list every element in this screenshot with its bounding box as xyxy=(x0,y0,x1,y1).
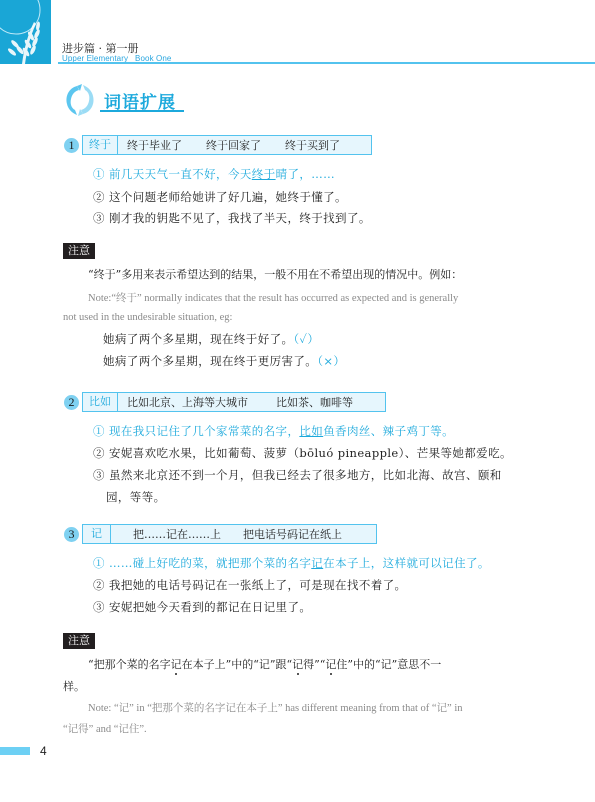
example-phrase: 终于毕业了 xyxy=(118,137,182,153)
highlighted-keyword: 比如 xyxy=(299,424,323,438)
keyword: 终于 xyxy=(83,136,118,154)
sentence-text: 现在我只记住了几个家常菜的名字， xyxy=(105,424,299,438)
sentence-index: ① xyxy=(93,556,105,570)
header-corner-graphic xyxy=(0,0,51,64)
item-number-badge: 1 xyxy=(64,138,79,153)
note-tag: 注意 xyxy=(63,243,95,259)
note-text-en: Note: “记” in “把那个菜的名字记在本子上” has differen… xyxy=(88,700,463,715)
example-sentence: ① ……碰上好吃的菜，就把那个菜的名字记在本子上，这样就可以记住了。 xyxy=(93,555,490,571)
sentence-index: ① xyxy=(93,424,105,438)
note-text-en: “记得” and “记住”. xyxy=(63,721,147,736)
example-sentence-continued: 园，等等。 xyxy=(106,489,166,505)
keyword-box: 记 把……记在……上 把电话号码记在纸上 xyxy=(82,524,377,544)
note-text-segment: 在本子上”中的“记”跟“ xyxy=(182,658,293,671)
sentence-text: 我把她的电话号码记在一张纸上了，可是现在找不着了。 xyxy=(105,578,407,592)
header-divider xyxy=(58,62,595,64)
emphasized-char: 记 xyxy=(171,658,182,671)
example-sentence: ② 我把她的电话号码记在一张纸上了，可是现在找不着了。 xyxy=(93,577,406,593)
emphasized-char: 记 xyxy=(292,658,303,671)
sentence-index: ③ xyxy=(93,211,105,225)
sentence-index: ② xyxy=(93,190,105,204)
example-phrase: 比如茶、咖啡等 xyxy=(248,394,353,410)
highlighted-keyword: 终于 xyxy=(252,167,276,181)
note-text-cn: 样。 xyxy=(63,678,85,694)
note-example-text: 她病了两个多星期，现在终于更厉害了。 xyxy=(103,354,317,368)
note-text-cn: “终于”多用来表示希望达到的结果，一般不用在不希望出现的情况中。例如： xyxy=(88,266,462,282)
example-sentence: ③ 安妮把她今天看到的都记在日记里了。 xyxy=(93,599,311,615)
sentence-text: 安妮把她今天看到的都记在日记里了。 xyxy=(105,600,311,614)
emphasized-char: 记 xyxy=(325,658,336,671)
section-title-underline xyxy=(100,110,184,112)
example-phrase: 比如北京、上海等大城市 xyxy=(118,394,248,410)
sentence-index: ③ xyxy=(93,600,105,614)
note-example: 她病了两个多星期，现在终于更厉害了。（×） xyxy=(103,353,345,369)
page-number: 4 xyxy=(40,744,47,758)
correct-mark: （✓） xyxy=(293,332,319,346)
example-sentence: ① 现在我只记住了几个家常菜的名字，比如鱼香肉丝、辣子鸡丁等。 xyxy=(93,423,454,439)
sentence-text: 鱼香肉丝、辣子鸡丁等。 xyxy=(323,424,454,438)
sentence-index: ③ xyxy=(93,468,105,482)
example-sentence: ③ 刚才我的钥匙不见了，我找了半天，终于找到了。 xyxy=(93,210,371,226)
note-text-en: not used in the undesirable situation, e… xyxy=(63,312,232,323)
highlighted-keyword: 记 xyxy=(311,556,323,570)
sentence-text: 在本子上，这样就可以记住了。 xyxy=(323,556,490,570)
sentence-text: 晴了，…… xyxy=(276,167,336,181)
sentence-text: 虽然来北京还不到一个月，但我已经去了很多地方，比如北海、故宫、颐和 xyxy=(105,468,502,482)
note-text-cn: “把那个菜的名字记在本子上”中的“记”跟“记得”“记住”中的“记”意思不一 xyxy=(88,656,441,672)
keyword: 记 xyxy=(83,525,111,543)
note-example: 她病了两个多星期，现在终于好了。（✓） xyxy=(103,331,319,347)
example-sentence: ② 安妮喜欢吃水果，比如葡萄、菠萝（bōluó pineapple）、芒果等她都… xyxy=(93,445,512,461)
keyword-box: 终于 终于毕业了 终于回家了 终于买到了 xyxy=(82,135,372,155)
sentence-index: ② xyxy=(93,578,105,592)
note-text-segment: 得”“ xyxy=(303,658,325,671)
example-phrase: 终于买到了 xyxy=(261,137,340,153)
example-sentence: ③ 虽然来北京还不到一个月，但我已经去了很多地方，比如北海、故宫、颐和 xyxy=(93,467,502,483)
footer-accent-bar xyxy=(0,747,30,755)
sentence-text: 前几天天气一直不好，今天 xyxy=(105,167,252,181)
keyword: 比如 xyxy=(83,393,118,411)
sentence-text: 刚才我的钥匙不见了，我找了半天，终于找到了。 xyxy=(105,211,371,225)
sentence-index: ② xyxy=(93,446,105,460)
note-text-segment: “把那个菜的名字 xyxy=(88,658,171,671)
example-phrase: 把电话号码记在纸上 xyxy=(221,526,342,542)
item-number-badge: 2 xyxy=(64,395,79,410)
wheat-icon xyxy=(0,0,51,64)
example-sentence: ② 这个问题老师给她讲了好几遍，她终于懂了。 xyxy=(93,189,347,205)
example-phrase: 把……记在……上 xyxy=(111,526,221,542)
sentence-text: 这个问题老师给她讲了好几遍，她终于懂了。 xyxy=(105,190,347,204)
note-text-segment: 住”中的“记”意思不一 xyxy=(336,658,441,671)
note-tag: 注意 xyxy=(63,633,95,649)
item-number-badge: 3 xyxy=(64,527,79,542)
incorrect-mark: （×） xyxy=(317,354,345,368)
keyword-box: 比如 比如北京、上海等大城市 比如茶、咖啡等 xyxy=(82,392,386,412)
sentence-text: 安妮喜欢吃水果，比如葡萄、菠萝（bōluó pineapple）、芒果等她都爱吃… xyxy=(105,446,512,460)
note-example-text: 她病了两个多星期，现在终于好了。 xyxy=(103,332,293,346)
note-text-en: Note:“终于” normally indicates that the re… xyxy=(88,290,458,305)
example-sentence: ① 前几天天气一直不好，今天终于晴了，…… xyxy=(93,166,335,182)
sentence-index: ① xyxy=(93,167,105,181)
refresh-arrows-icon xyxy=(63,82,97,118)
sentence-text: ……碰上好吃的菜，就把那个菜的名字 xyxy=(105,556,311,570)
example-phrase: 终于回家了 xyxy=(182,137,261,153)
